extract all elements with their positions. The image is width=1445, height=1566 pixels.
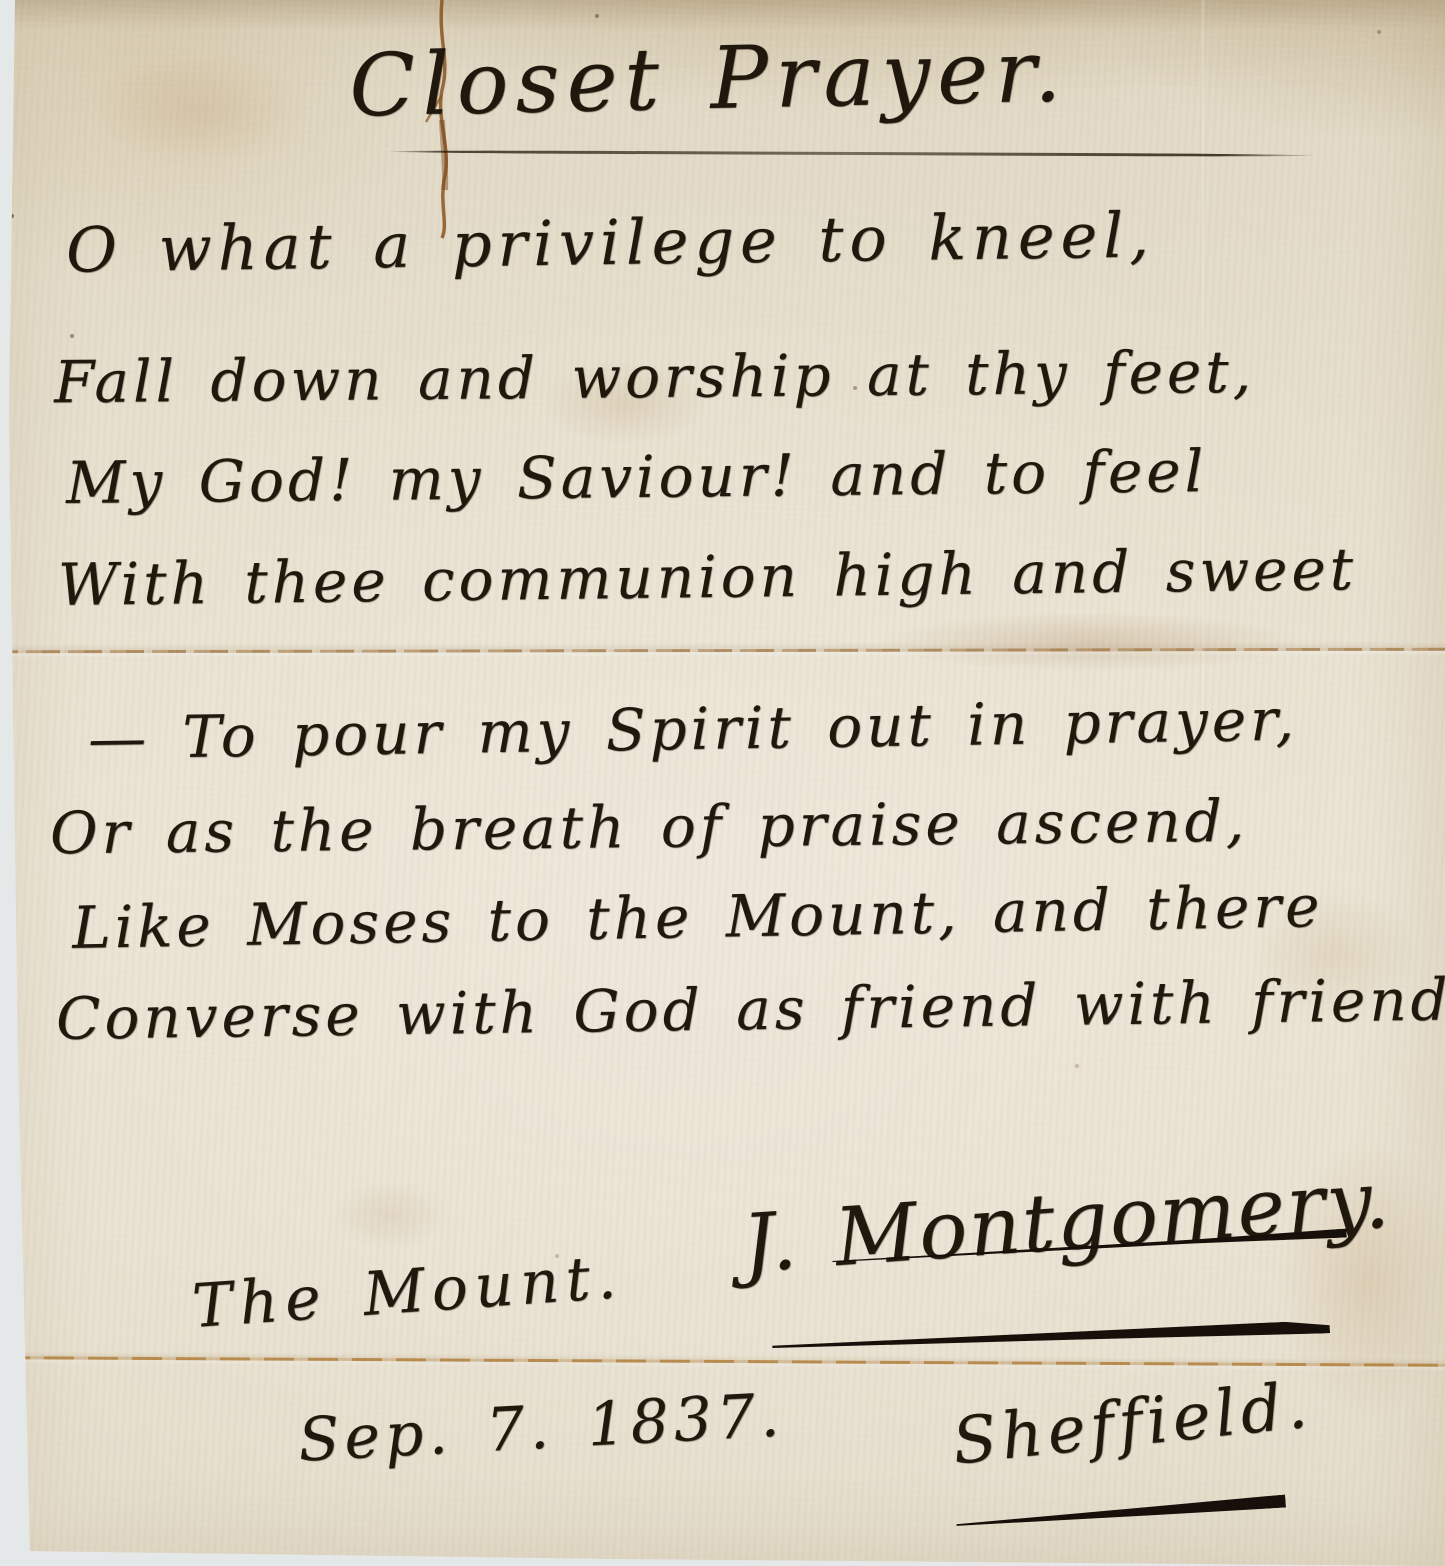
foxing-stain — [330, 1180, 450, 1250]
poem-line: — To pour my Spirit out in prayer, — [88, 691, 1299, 768]
poem-line: My God! my Saviour! and to feel — [66, 442, 1208, 512]
signature-flourish-lower — [772, 1320, 1330, 1352]
place-line: The Mount. — [190, 1247, 624, 1337]
poem-line: Or as the breath of praise ascend, — [50, 792, 1249, 863]
poem-line: O what a privilege to kneel, — [66, 204, 1156, 281]
date-line: Sep. 7. 1837. — [297, 1385, 786, 1470]
manuscript-photo: Closet Prayer. O what a privilege to kne… — [0, 0, 1445, 1566]
foxing-specks — [595, 14, 599, 18]
poem-title: Closet Prayer. — [348, 28, 1068, 129]
poem-line: Fall down and worship at thy feet, — [54, 343, 1255, 411]
city-line: Sheffield. — [950, 1373, 1315, 1474]
fold-crease-bottom — [0, 1356, 1445, 1367]
signature-montgomery: J. Montgomery. — [740, 1159, 1393, 1284]
poem-line: Converse with God as friend with friend. — [56, 970, 1445, 1048]
fold-crease-middle — [0, 648, 1445, 654]
foxing-stain — [880, 612, 1300, 672]
city-underline-flourish — [956, 1495, 1286, 1531]
paper-sheet: Closet Prayer. O what a privilege to kne… — [0, 0, 1445, 1566]
poem-line: With thee communion high and sweet — [58, 540, 1358, 614]
title-underline-flourish — [388, 150, 1313, 157]
foxing-stain — [90, 50, 310, 170]
poem-line: Like Moses to the Mount, and there — [72, 877, 1324, 957]
